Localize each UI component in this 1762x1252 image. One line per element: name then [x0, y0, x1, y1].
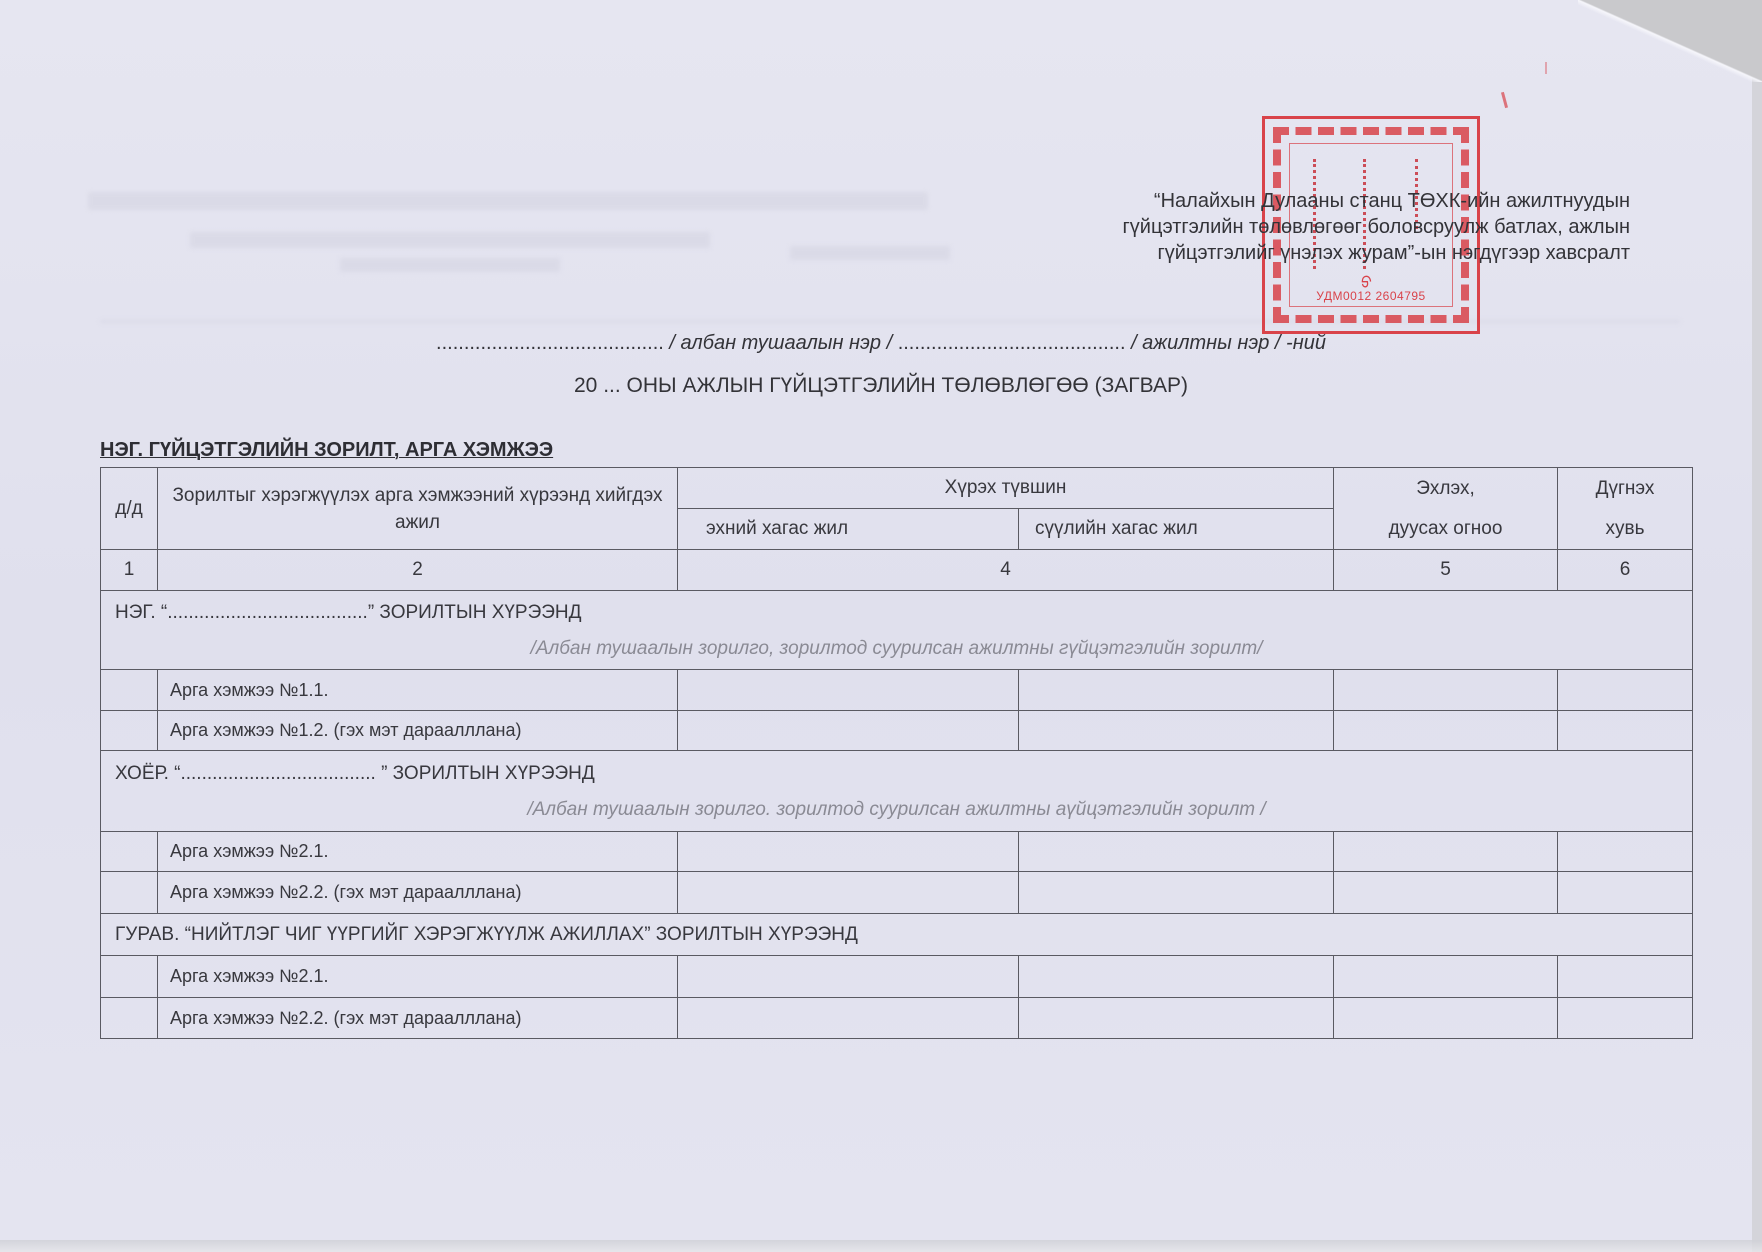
- dates-cell[interactable]: [1334, 832, 1558, 872]
- evaluation-cell[interactable]: [1558, 711, 1693, 751]
- first-half-cell[interactable]: [678, 670, 1019, 711]
- col-number: 5: [1334, 550, 1558, 591]
- performance-plan-table: д/д Зорилтыг хэрэгжүүлэх арга хэмжээний …: [100, 467, 1693, 1039]
- dates-cell[interactable]: [1334, 872, 1558, 914]
- table-row: Арга хэмжээ №2.1.: [101, 956, 1693, 998]
- second-half-cell[interactable]: [1019, 998, 1334, 1039]
- employee-label: / ажилтны нэр / -ний: [1126, 332, 1326, 354]
- activity-cell[interactable]: Арга хэмжээ №1.2. (гэх мэт дараалллана): [158, 711, 678, 751]
- evaluation-cell[interactable]: [1558, 956, 1693, 998]
- section-note: /Албан тушаалын зорилго. зорилтод суурил…: [101, 785, 1692, 821]
- stamp-code: УДМ0012 2604795: [1265, 289, 1477, 303]
- header-dates: Эхлэх, дуусах огноо: [1334, 468, 1558, 550]
- column-number-row: 1 2 4 5 6: [101, 550, 1693, 591]
- folded-corner-edge: [1578, 0, 1762, 82]
- row-no[interactable]: [101, 670, 158, 711]
- section-title: ХОЁР. “.................................…: [101, 761, 1692, 785]
- section-row-3: ГУРАВ. “НИЙТЛЭГ ЧИГ ҮҮРГИЙГ ХЭРЭГЖҮҮЛЖ А…: [101, 914, 1693, 956]
- evaluation-cell[interactable]: [1558, 832, 1693, 872]
- header-dates-line2: дуусах огноо: [1340, 509, 1551, 549]
- header-dates-line1: Эхлэх,: [1340, 469, 1551, 509]
- activity-cell[interactable]: Арга хэмжээ №2.2. (гэх мэт дараалллана): [158, 998, 678, 1039]
- appendix-line: гүйцэтгэлийг үнэлэх журам”-ын нэгдүгээр …: [990, 240, 1630, 266]
- evaluation-cell[interactable]: [1558, 872, 1693, 914]
- row-no[interactable]: [101, 711, 158, 751]
- bleed-through-cell: [340, 258, 560, 272]
- position-employee-line: ........................................…: [0, 332, 1762, 355]
- section-cell: ХОЁР. “.................................…: [101, 751, 1693, 832]
- first-half-cell[interactable]: [678, 711, 1019, 751]
- appendix-note: “Налайхын Дулааны станц ТӨХК-ийн ажилтну…: [990, 188, 1630, 266]
- section-heading: НЭГ. ГҮЙЦЭТГЭЛИЙН ЗОРИЛТ, АРГА ХЭМЖЭЭ: [100, 439, 553, 462]
- appendix-line: гүйцэтгэлийн төлөвлөгөөг боловсруулж бат…: [990, 214, 1630, 240]
- first-half-cell[interactable]: [678, 872, 1019, 914]
- bleed-through-heading: [88, 192, 928, 210]
- col-number: 1: [101, 550, 158, 591]
- header-first-half: эхний хагас жил: [678, 509, 1019, 550]
- appendix-line: “Налайхын Дулааны станц ТӨХК-ийн ажилтну…: [990, 188, 1630, 214]
- row-no[interactable]: [101, 872, 158, 914]
- col-number: 2: [158, 550, 678, 591]
- table-row: Арга хэмжээ №2.1.: [101, 832, 1693, 872]
- header-evaluation: Дүгнэх хувь: [1558, 468, 1693, 550]
- section-row-2: ХОЁР. “.................................…: [101, 751, 1693, 832]
- header-activity: Зорилтыг хэрэгжүүлэх арга хэмжээний хүрэ…: [158, 468, 678, 550]
- section-row-1: НЭГ. “..................................…: [101, 591, 1693, 670]
- header-row: д/д Зорилтыг хэрэгжүүлэх арга хэмжээний …: [101, 468, 1693, 509]
- header-eval-line2: хувь: [1564, 509, 1686, 549]
- position-blank[interactable]: ........................................…: [436, 332, 664, 354]
- activity-cell[interactable]: Арга хэмжээ №2.1.: [158, 956, 678, 998]
- ink-mark: [1545, 62, 1547, 74]
- header-eval-line1: Дүгнэх: [1564, 469, 1686, 509]
- col-number: 4: [678, 550, 1334, 591]
- table-row: Арга хэмжээ №1.1.: [101, 670, 1693, 711]
- second-half-cell[interactable]: [1019, 872, 1334, 914]
- row-no[interactable]: [101, 956, 158, 998]
- activity-cell[interactable]: Арга хэмжээ №1.1.: [158, 670, 678, 711]
- table-row: Арга хэмжээ №2.2. (гэх мэт дараалллана): [101, 998, 1693, 1039]
- dates-cell[interactable]: [1334, 711, 1558, 751]
- row-no[interactable]: [101, 998, 158, 1039]
- evaluation-cell[interactable]: [1558, 998, 1693, 1039]
- first-half-cell[interactable]: [678, 956, 1019, 998]
- bleed-through-cell: [190, 232, 710, 248]
- section-cell: НЭГ. “..................................…: [101, 591, 1693, 670]
- row-no[interactable]: [101, 832, 158, 872]
- evaluation-cell[interactable]: [1558, 670, 1693, 711]
- header-second-half: сүүлийн хагас жил: [1019, 509, 1334, 550]
- first-half-cell[interactable]: [678, 832, 1019, 872]
- second-half-cell[interactable]: [1019, 832, 1334, 872]
- dates-cell[interactable]: [1334, 670, 1558, 711]
- header-target-level: Хүрэх түвшин: [678, 468, 1334, 509]
- second-half-cell[interactable]: [1019, 956, 1334, 998]
- activity-cell[interactable]: Арга хэмжээ №2.1.: [158, 832, 678, 872]
- activity-cell[interactable]: Арга хэмжээ №2.2. (гэх мэт дараалллана): [158, 872, 678, 914]
- document-title: 20 ... ОНЫ АЖЛЫН ГҮЙЦЭТГЭЛИЙН ТӨЛӨВЛӨГӨӨ…: [0, 374, 1762, 398]
- position-label: / албан тушаалын нэр /: [664, 332, 898, 354]
- employee-blank[interactable]: ........................................…: [898, 332, 1126, 354]
- dates-cell[interactable]: [1334, 998, 1558, 1039]
- table-row: Арга хэмжээ №1.2. (гэх мэт дараалллана): [101, 711, 1693, 751]
- header-no: д/д: [101, 468, 158, 550]
- section-title: ГУРАВ. “НИЙТЛЭГ ЧИГ ҮҮРГИЙГ ХЭРЭГЖҮҮЛЖ А…: [101, 914, 1693, 956]
- section-title: НЭГ. “..................................…: [101, 600, 1692, 624]
- dates-cell[interactable]: [1334, 956, 1558, 998]
- table-row: Арга хэмжээ №2.2. (гэх мэт дараалллана): [101, 872, 1693, 914]
- col-number: 6: [1558, 550, 1693, 591]
- bleed-through-cell: [790, 246, 950, 260]
- scanner-bottom-edge: [0, 1240, 1762, 1252]
- scanner-edge: [1752, 0, 1762, 1252]
- first-half-cell[interactable]: [678, 998, 1019, 1039]
- second-half-cell[interactable]: [1019, 711, 1334, 751]
- second-half-cell[interactable]: [1019, 670, 1334, 711]
- section-note: /Албан тушаалын зорилго, зорилтод суурил…: [101, 624, 1692, 660]
